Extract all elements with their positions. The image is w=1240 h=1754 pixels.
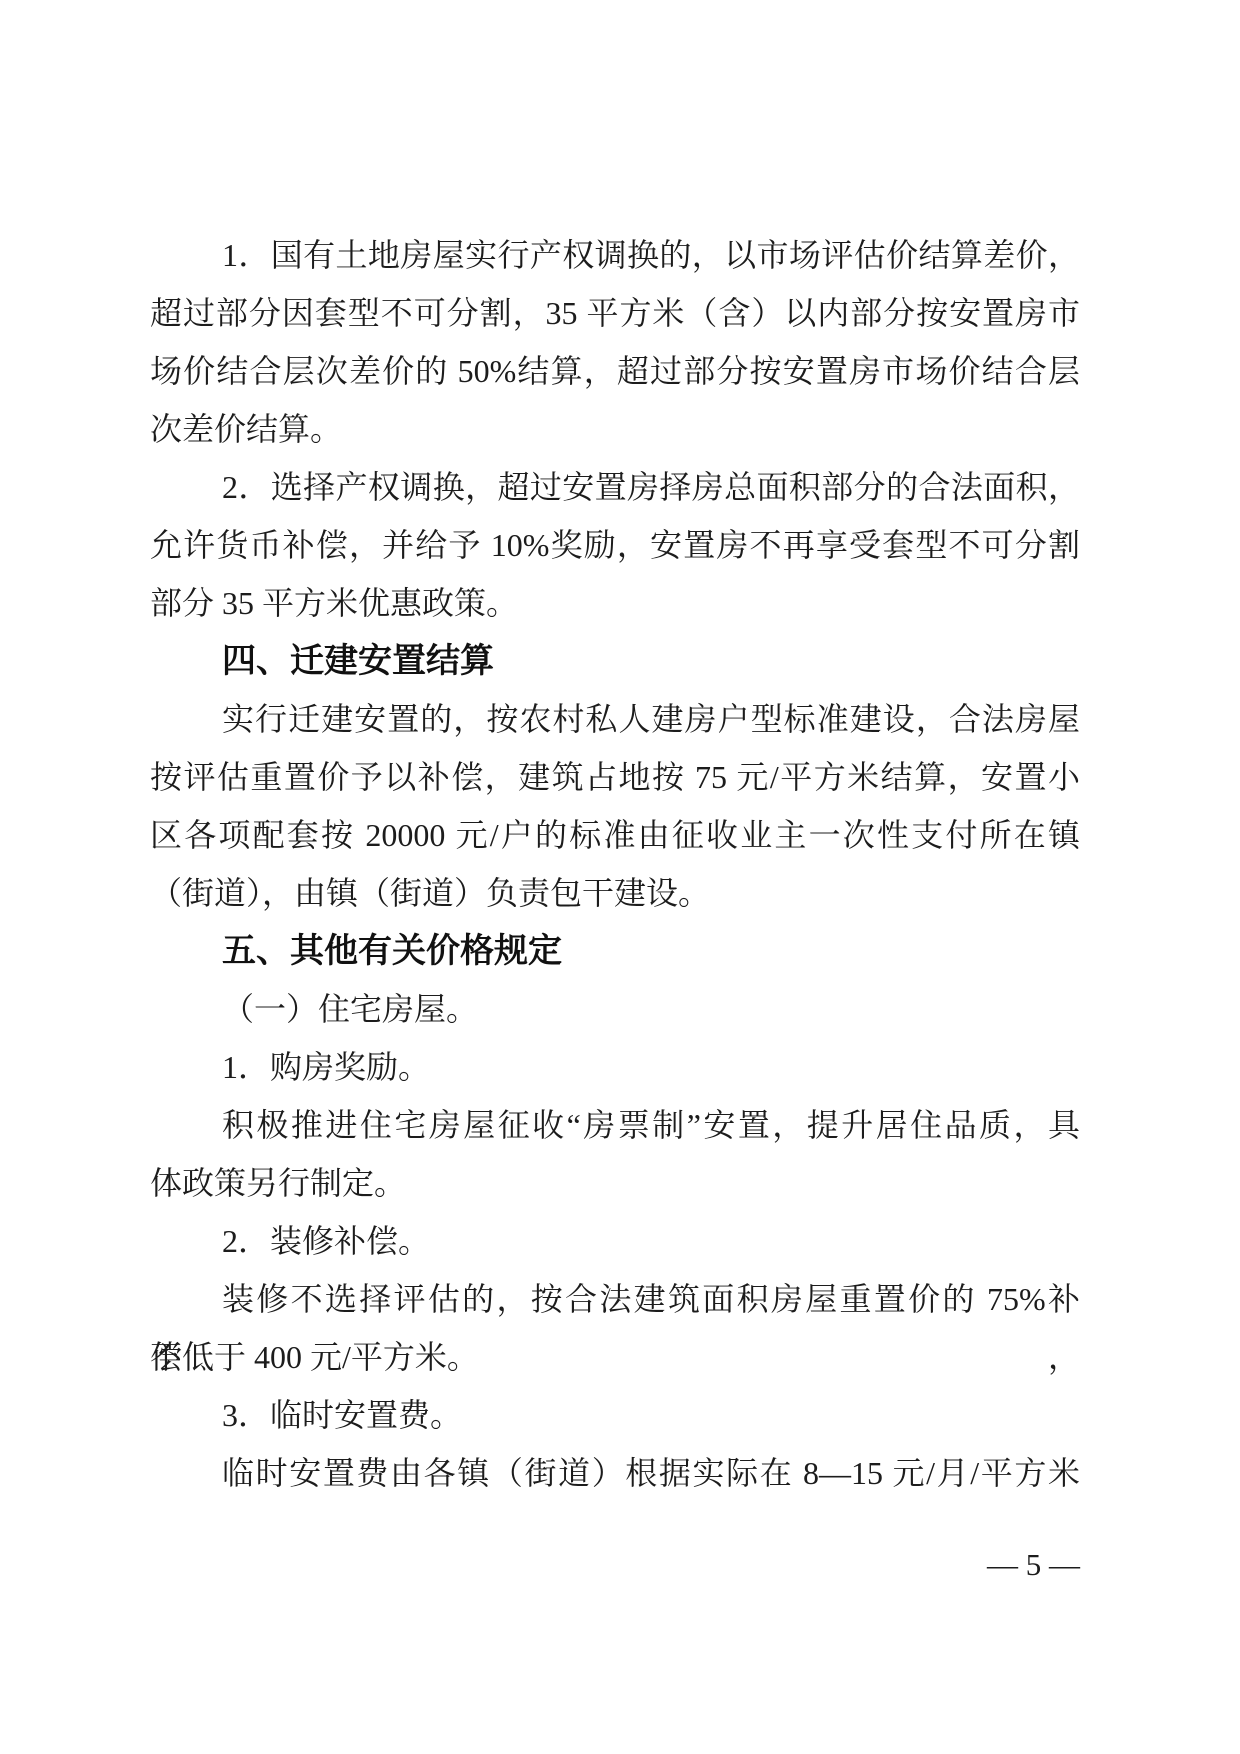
body-text-line: 2．选择产权调换，超过安置房择房总面积部分的合法面积， <box>150 458 1080 516</box>
body-text-line: 部分 35 平方米优惠政策。 <box>150 574 1080 632</box>
document-page: 1．国有土地房屋实行产权调换的，以市场评估价结算差价， 超过部分因套型不可分割，… <box>0 0 1240 1754</box>
page-number: — 5 — <box>987 1545 1080 1585</box>
body-text-line: 体政策另行制定。 <box>150 1154 1080 1212</box>
body-text-line: 按评估重置价予以补偿，建筑占地按 75 元/平方米结算，安置小 <box>150 748 1080 806</box>
list-item-label: 3．临时安置费。 <box>150 1386 1080 1444</box>
body-text-line: 装修不选择评估的，按合法建筑面积房屋重置价的 75%补偿， <box>150 1270 1080 1328</box>
body-text-line: 临时安置费由各镇（街道）根据实际在 8—15 元/月/平方米 <box>150 1444 1080 1502</box>
body-text-line: 超过部分因套型不可分割，35 平方米（含）以内部分按安置房市 <box>150 284 1080 342</box>
body-text-line: 1．国有土地房屋实行产权调换的，以市场评估价结算差价， <box>150 226 1080 284</box>
heading-section-4: 四、迁建安置结算 <box>150 632 1080 690</box>
body-text-line: 场价结合层次差价的 50%结算，超过部分按安置房市场价结合层 <box>150 342 1080 400</box>
list-item-label: 2．装修补偿。 <box>150 1212 1080 1270</box>
body-text-line: 允许货币补偿，并给予 10%奖励，安置房不再享受套型不可分割 <box>150 516 1080 574</box>
subsection-1-label: （一）住宅房屋。 <box>150 980 1080 1038</box>
text-block: 1．国有土地房屋实行产权调换的，以市场评估价结算差价， 超过部分因套型不可分割，… <box>150 226 1080 1502</box>
body-text-line: （街道），由镇（街道）负责包干建设。 <box>150 864 1080 922</box>
body-text-line: 积极推进住宅房屋征收“房票制”安置，提升居住品质，具 <box>150 1096 1080 1154</box>
body-text-line: 实行迁建安置的，按农村私人建房户型标准建设，合法房屋 <box>150 690 1080 748</box>
body-text-line: 次差价结算。 <box>150 400 1080 458</box>
list-item-label: 1．购房奖励。 <box>150 1038 1080 1096</box>
heading-section-5: 五、其他有关价格规定 <box>150 922 1080 980</box>
body-text-line: 区各项配套按 20000 元/户的标准由征收业主一次性支付所在镇 <box>150 806 1080 864</box>
